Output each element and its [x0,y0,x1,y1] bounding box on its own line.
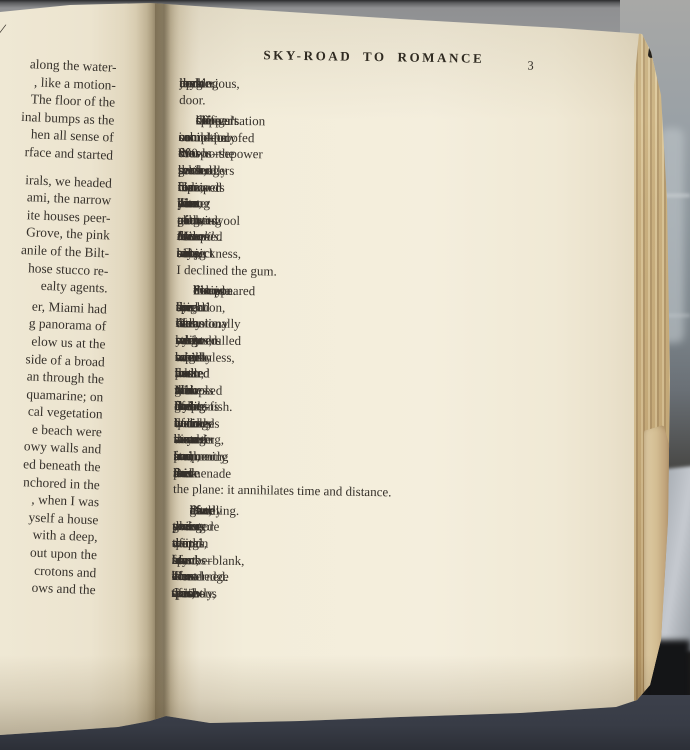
text-line: rface and started [0,142,113,164]
page-number: 3 [527,58,533,73]
paragraph: Ihavedoneagooddealoftraveling.But,aftern… [171,502,531,607]
left-page-block: er, Miami hadg panorama ofelow us at the… [0,296,107,600]
right-page-body: jungle,darkandmysterious,cominguptotheba… [171,75,537,611]
text-line: ows and the [0,577,96,599]
text-line: ealty agents. [0,275,108,297]
running-header-row: SKY-ROAD TO ROMANCE 3 [180,46,538,76]
open-book: / along the water-, like a motion-The fl… [0,0,690,750]
paragraph: SoonFloridadisappearedbelowthehorizon.In… [173,282,534,503]
paragraph: Conversationbeingdifficultinspiteofthecl… [176,112,537,284]
right-page-text: SKY-ROAD TO ROMANCE 3 jungle,darkandmyst… [171,46,538,652]
paragraph: jungle,darkandmysterious,cominguptotheba… [179,75,537,114]
left-page-block: irals, we headedami, the narrowite house… [0,169,112,297]
left-page-block: along the water-, like a motion-The floo… [0,54,117,164]
book-photo-scene: / along the water-, like a motion-The fl… [0,0,690,750]
